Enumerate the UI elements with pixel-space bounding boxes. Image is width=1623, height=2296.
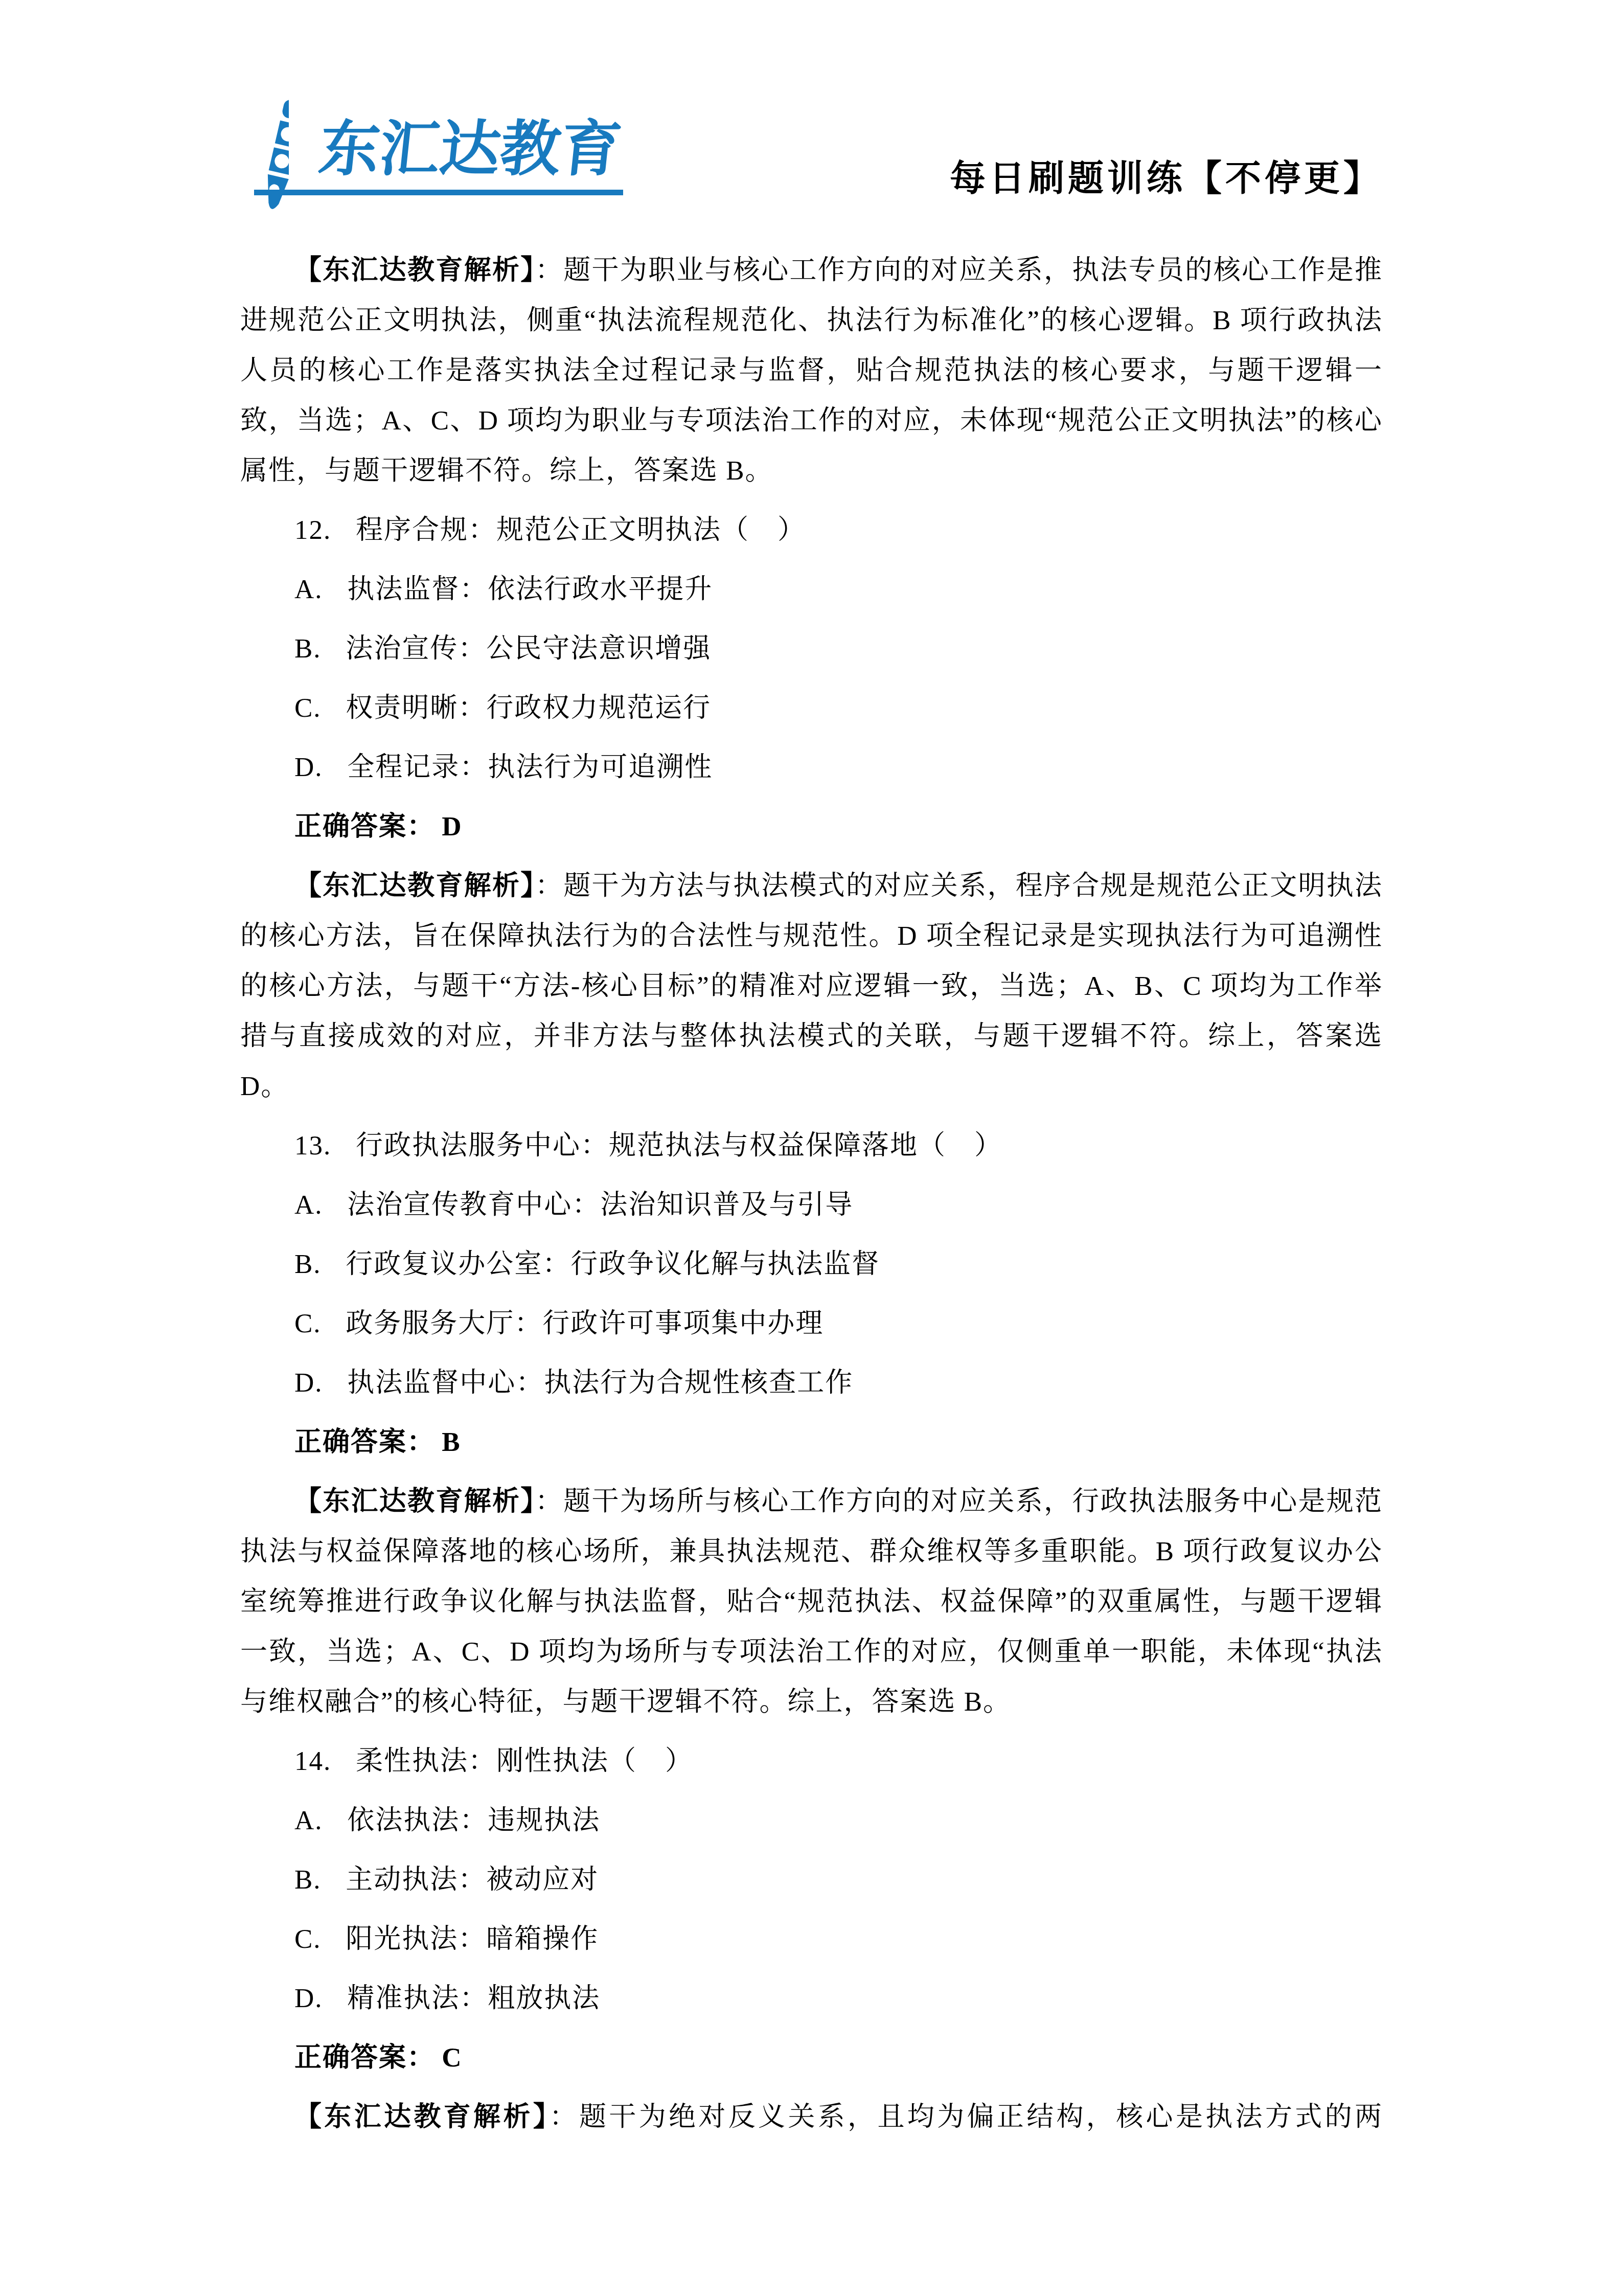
option-line-A: A.执法监督：依法行政水平提升 (240, 564, 1383, 615)
option-text: 执法监督中心：执法行为合规性核查工作 (347, 1368, 853, 1398)
option-line-C: C.政务服务大厅：行政许可事项集中办理 (240, 1299, 1383, 1349)
option-letter: B. (294, 1249, 322, 1279)
analysis-label: 【东汇达教育解析】 (294, 256, 535, 285)
document-body: 【东汇达教育解析】：题干为职业与核心工作方向的对应关系，执法专员的核心工作是推进… (240, 236, 1383, 2142)
document-page: 东汇达教育 每日刷题训练【不停更】 【东汇达教育解析】：题干为职业与核心工作方向… (0, 0, 1623, 2296)
question-text: 行政执法服务中心：规范执法与权益保障落地（ ） (356, 1131, 1002, 1161)
option-letter: D. (294, 753, 323, 782)
option-text: 政务服务大厅：行政许可事项集中办理 (346, 1309, 824, 1338)
analysis-text: ：题干为方法与执法模式的对应关系，程序合规是规范公正文明执法的核心方法，旨在保障… (240, 871, 1383, 1101)
option-text: 阳光执法：暗箱操作 (346, 1924, 599, 1954)
brand-underline (254, 190, 623, 195)
analysis-text: ：题干为职业与核心工作方向的对应关系，执法专员的核心工作是推进规范公正文明执法，… (240, 256, 1383, 486)
option-text: 行政复议办公室：行政争议化解与执法监督 (346, 1249, 880, 1279)
question-text: 柔性执法：刚性执法（ ） (356, 1746, 693, 1776)
answer-value: D (442, 812, 462, 842)
option-line-D: D.全程记录：执法行为可追溯性 (240, 742, 1383, 792)
option-letter: D. (294, 1368, 323, 1398)
analysis-label: 【东汇达教育解析】 (294, 871, 535, 901)
option-letter: C. (294, 1309, 322, 1338)
page-title: 每日刷题训练【不停更】 (950, 158, 1383, 200)
option-letter: A. (294, 1190, 323, 1220)
option-line-D: D.执法监督中心：执法行为合规性核查工作 (240, 1358, 1383, 1408)
analysis-label: 【东汇达教育解析】 (294, 2102, 550, 2132)
option-text: 法治宣传：公民守法意识增强 (346, 634, 711, 664)
option-letter: D. (294, 1984, 323, 2013)
option-text: 精准执法：粗放执法 (347, 1984, 600, 2013)
answer-label: 正确答案： (294, 812, 435, 842)
analysis-paragraph: 【东汇达教育解析】：题干为职业与核心工作方向的对应关系，执法专员的核心工作是推进… (240, 245, 1383, 496)
option-letter: C. (294, 1924, 322, 1954)
option-letter: B. (294, 634, 322, 664)
brand-name: 东汇达教育 (316, 118, 624, 181)
analysis-paragraph: 【东汇达教育解析】：题干为绝对反义关系，且均为偏正结构，核心是执法方式的两 (240, 2092, 1383, 2142)
answer-line: 正确答案：C (240, 2033, 1383, 2083)
answer-value: B (442, 1427, 461, 1457)
analysis-paragraph: 【东汇达教育解析】：题干为场所与核心工作方向的对应关系，行政执法服务中心是规范执… (240, 1476, 1383, 1727)
question-number: 12. (294, 515, 331, 545)
option-line-B: B.主动执法：被动应对 (240, 1855, 1383, 1905)
option-text: 主动执法：被动应对 (346, 1865, 599, 1895)
analysis-label: 【东汇达教育解析】 (294, 1487, 535, 1516)
answer-line: 正确答案：D (240, 802, 1383, 852)
option-line-A: A.法治宣传教育中心：法治知识普及与引导 (240, 1180, 1383, 1230)
option-letter: A. (294, 1806, 323, 1835)
answer-label: 正确答案： (294, 2043, 435, 2073)
option-letter: B. (294, 1865, 322, 1895)
question-number: 13. (294, 1131, 331, 1161)
answer-label: 正确答案： (294, 1427, 435, 1457)
option-line-B: B.法治宣传：公民守法意识增强 (240, 624, 1383, 674)
brand-logo: 东汇达教育 (248, 96, 759, 219)
option-text: 权责明晰：行政权力规范运行 (346, 693, 711, 723)
option-line-C: C.阳光执法：暗箱操作 (240, 1914, 1383, 1964)
analysis-text: ：题干为绝对反义关系，且均为偏正结构，核心是执法方式的两 (550, 2102, 1383, 2132)
analysis-paragraph: 【东汇达教育解析】：题干为方法与执法模式的对应关系，程序合规是规范公正文明执法的… (240, 861, 1383, 1111)
option-line-B: B.行政复议办公室：行政争议化解与执法监督 (240, 1239, 1383, 1289)
option-line-A: A.依法执法：违规执法 (240, 1795, 1383, 1846)
option-text: 全程记录：执法行为可追溯性 (347, 753, 713, 782)
question-number: 14. (294, 1746, 331, 1776)
answer-line: 正确答案：B (240, 1417, 1383, 1467)
analysis-text: ：题干为场所与核心工作方向的对应关系，行政执法服务中心是规范执法与权益保障落地的… (240, 1487, 1383, 1717)
option-text: 依法执法：违规执法 (347, 1806, 600, 1835)
question-line-13: 13.行政执法服务中心：规范执法与权益保障落地（ ） (240, 1121, 1383, 1171)
question-text: 程序合规：规范公正文明执法（ ） (356, 515, 806, 545)
answer-value: C (442, 2043, 462, 2073)
option-line-C: C.权责明晰：行政权力规范运行 (240, 683, 1383, 733)
option-text: 执法监督：依法行政水平提升 (347, 575, 713, 604)
option-letter: C. (294, 693, 322, 723)
question-line-14: 14.柔性执法：刚性执法（ ） (240, 1736, 1383, 1786)
option-line-D: D.精准执法：粗放执法 (240, 1973, 1383, 2024)
option-letter: A. (294, 575, 323, 604)
option-text: 法治宣传教育中心：法治知识普及与引导 (347, 1190, 853, 1220)
question-line-12: 12.程序合规：规范公正文明执法（ ） (240, 505, 1383, 555)
